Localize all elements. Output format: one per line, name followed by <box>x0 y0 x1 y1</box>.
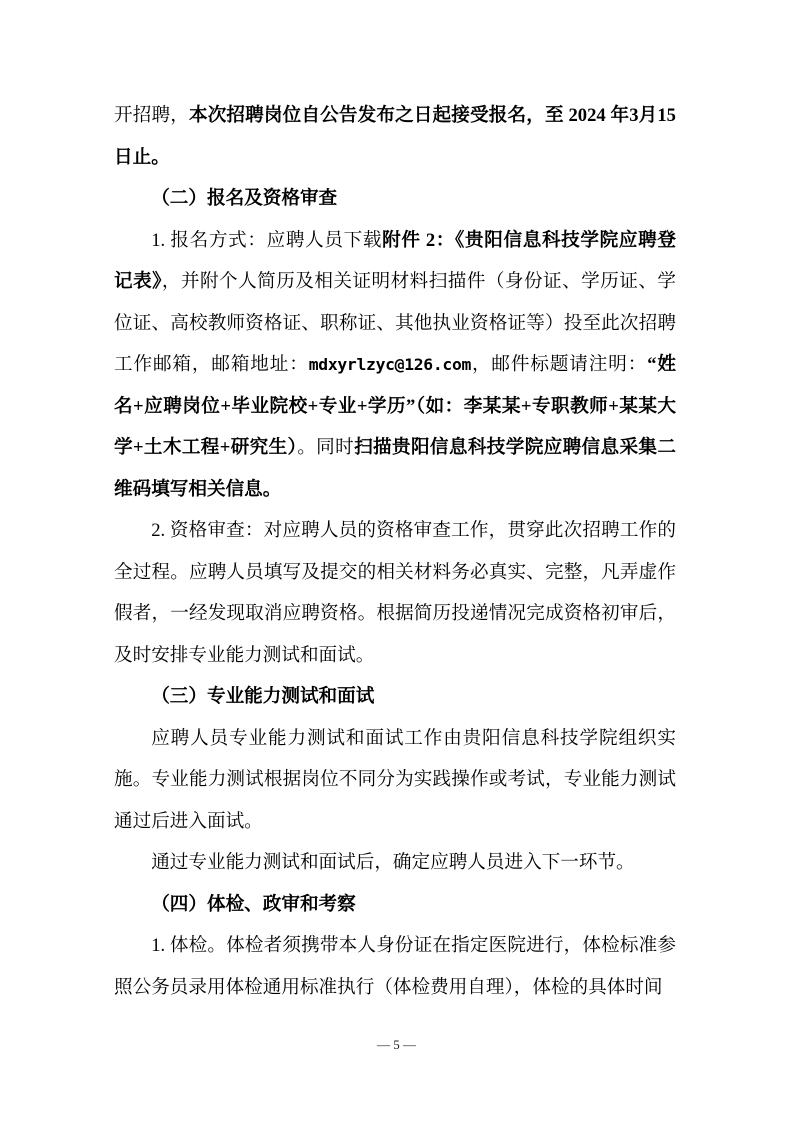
text-run: 应聘人员专业能力测试和面试工作由贵阳信息科技学院组织实施。专业能力测试根据岗位不… <box>114 728 676 832</box>
section-heading: （三）专业能力测试和面试 <box>114 676 676 718</box>
text-run: 1. 体检。体检者须携带本人身份证在指定医院进行，体检标准参照公务员录用体检通用… <box>114 935 676 998</box>
document-body: 开招聘，本次招聘岗位自公告发布之日起接受报名，至 2024 年3月15日止。（二… <box>114 95 676 1008</box>
paragraph: 通过专业能力测试和面试后，确定应聘人员进入下一环节。 <box>114 842 676 884</box>
text-run: ，邮件标题请注明： <box>471 354 647 375</box>
text-run: 。同时 <box>297 437 354 458</box>
text-run: （四）体检、政审和考察 <box>151 894 356 915</box>
paragraph: 1. 体检。体检者须携带本人身份证在指定医院进行，体检标准参照公务员录用体检通用… <box>114 925 676 1008</box>
email-address-text: mdxyrlzyc@126.com <box>309 355 471 374</box>
paragraph: 1. 报名方式：应聘人员下载附件 2：《贵阳信息科技学院应聘登记表》，并附个人简… <box>114 220 676 511</box>
section-heading: （二）报名及资格审查 <box>114 178 676 220</box>
page-number: — 5 — <box>377 1037 416 1052</box>
text-run: 2. 资格审查：对应聘人员的资格审查工作，贯穿此次招聘工作的全过程。应聘人员填写… <box>114 520 676 666</box>
text-run: 本次招聘岗位自公告发布之日起接受报名，至 2024 年3月15日止。 <box>114 105 676 168</box>
text-run: 1. 报名方式：应聘人员下载 <box>151 230 382 251</box>
page-footer: — 5 — <box>0 1036 793 1054</box>
document-page: 开招聘，本次招聘岗位自公告发布之日起接受报名，至 2024 年3月15日止。（二… <box>0 0 793 1122</box>
text-run: 开招聘， <box>114 105 189 126</box>
text-run: （三）专业能力测试和面试 <box>151 686 374 707</box>
text-run: 通过专业能力测试和面试后，确定应聘人员进入下一环节。 <box>151 852 634 873</box>
paragraph: 开招聘，本次招聘岗位自公告发布之日起接受报名，至 2024 年3月15日止。 <box>114 95 676 178</box>
section-heading: （四）体检、政审和考察 <box>114 884 676 926</box>
paragraph: 应聘人员专业能力测试和面试工作由贵阳信息科技学院组织实施。专业能力测试根据岗位不… <box>114 718 676 843</box>
text-run: （二）报名及资格审查 <box>151 188 337 209</box>
paragraph: 2. 资格审查：对应聘人员的资格审查工作，贯穿此次招聘工作的全过程。应聘人员填写… <box>114 510 676 676</box>
